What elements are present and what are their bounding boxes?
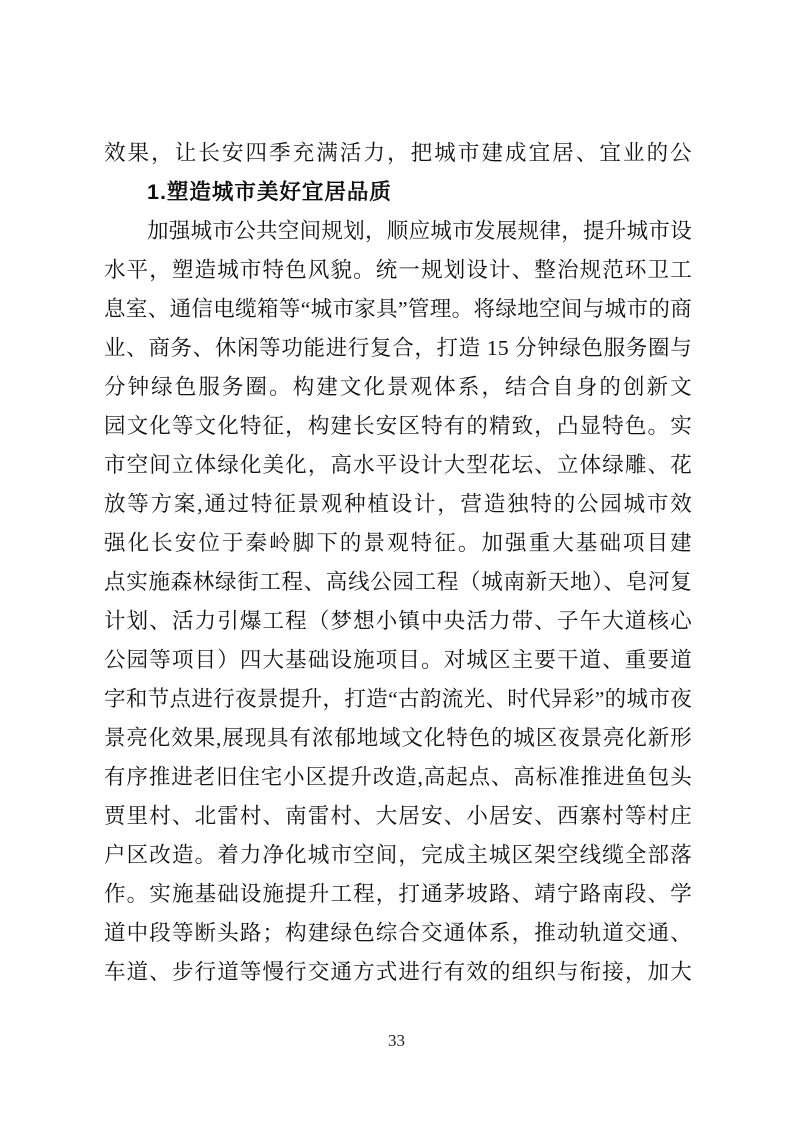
text-line: 车道、步行道等慢行交通方式进行有效的组织与衔接，加大城市 — [104, 953, 692, 992]
text-line: 分钟绿色服务圈。构建文化景观体系，结合自身的创新文化、校 — [104, 368, 692, 407]
text-line: 道中段等断头路；构建绿色综合交通体系，推动轨道交通、自行 — [104, 914, 692, 953]
text-line: 水平，塑造城市特色风貌。统一规划设计、整治规范环卫工人休 — [104, 251, 692, 290]
document-page: 效果，让长安四季充满活力，把城市建成宜居、宜业的公园。 1.塑造城市美好宜居品质… — [0, 0, 793, 1122]
text-line: 贾里村、北雷村、南雷村、大居安、小居安、西寨村等村庄和棚 — [104, 797, 692, 836]
text-line: 园文化等文化特征，构建长安区特有的精致，凸显特色。实施城 — [104, 407, 692, 446]
text-line: 加强城市公共空间规划，顺应城市发展规律，提升城市设计 — [104, 212, 692, 251]
text-line: 户区改造。着力净化城市空间，完成主城区架空线缆全部落地工 — [104, 836, 692, 875]
text-line: 点实施森林绿街工程、高线公园工程（城南新天地）、皂河复兴 — [104, 563, 692, 602]
text-line: 业、商务、休闲等功能进行复合，打造 15 分钟绿色服务圈与 10 — [104, 329, 692, 368]
page-content: 效果，让长安四季充满活力，把城市建成宜居、宜业的公园。 1.塑造城市美好宜居品质… — [104, 134, 692, 992]
text-line: 有序推进老旧住宅小区提升改造,高起点、高标准推进鱼包头村、 — [104, 758, 692, 797]
text-line: 强化长安位于秦岭脚下的景观特征。加强重大基础项目建设，重 — [104, 524, 692, 563]
text-line: 放等方案,通过特征景观种植设计，营造独特的公园城市效果， — [104, 485, 692, 524]
text-line: 息室、通信电缆箱等“城市家具”管理。将绿地空间与城市的商 — [104, 290, 692, 329]
page-number: 33 — [0, 1031, 793, 1051]
text-line: 计划、活力引爆工程（梦想小镇中央活力带、子午大道核心节点 — [104, 602, 692, 641]
text-line: 市空间立体绿化美化，高水平设计大型花坛、立体绿雕、花卉布 — [104, 446, 692, 485]
text-line: 作。实施基础设施提升工程，打通茅坡路、靖宁路南段、学府大 — [104, 875, 692, 914]
text-line: 景亮化效果,展现具有浓郁地域文化特色的城区夜景亮化新形象。 — [104, 719, 692, 758]
text-line: 效果，让长安四季充满活力，把城市建成宜居、宜业的公园。 — [104, 134, 692, 173]
text-line: 公园等项目）四大基础设施项目。对城区主要干道、重要道路十 — [104, 641, 692, 680]
section-heading: 1.塑造城市美好宜居品质 — [104, 173, 692, 212]
text-line: 字和节点进行夜景提升，打造“古韵流光、时代异彩”的城市夜 — [104, 680, 692, 719]
